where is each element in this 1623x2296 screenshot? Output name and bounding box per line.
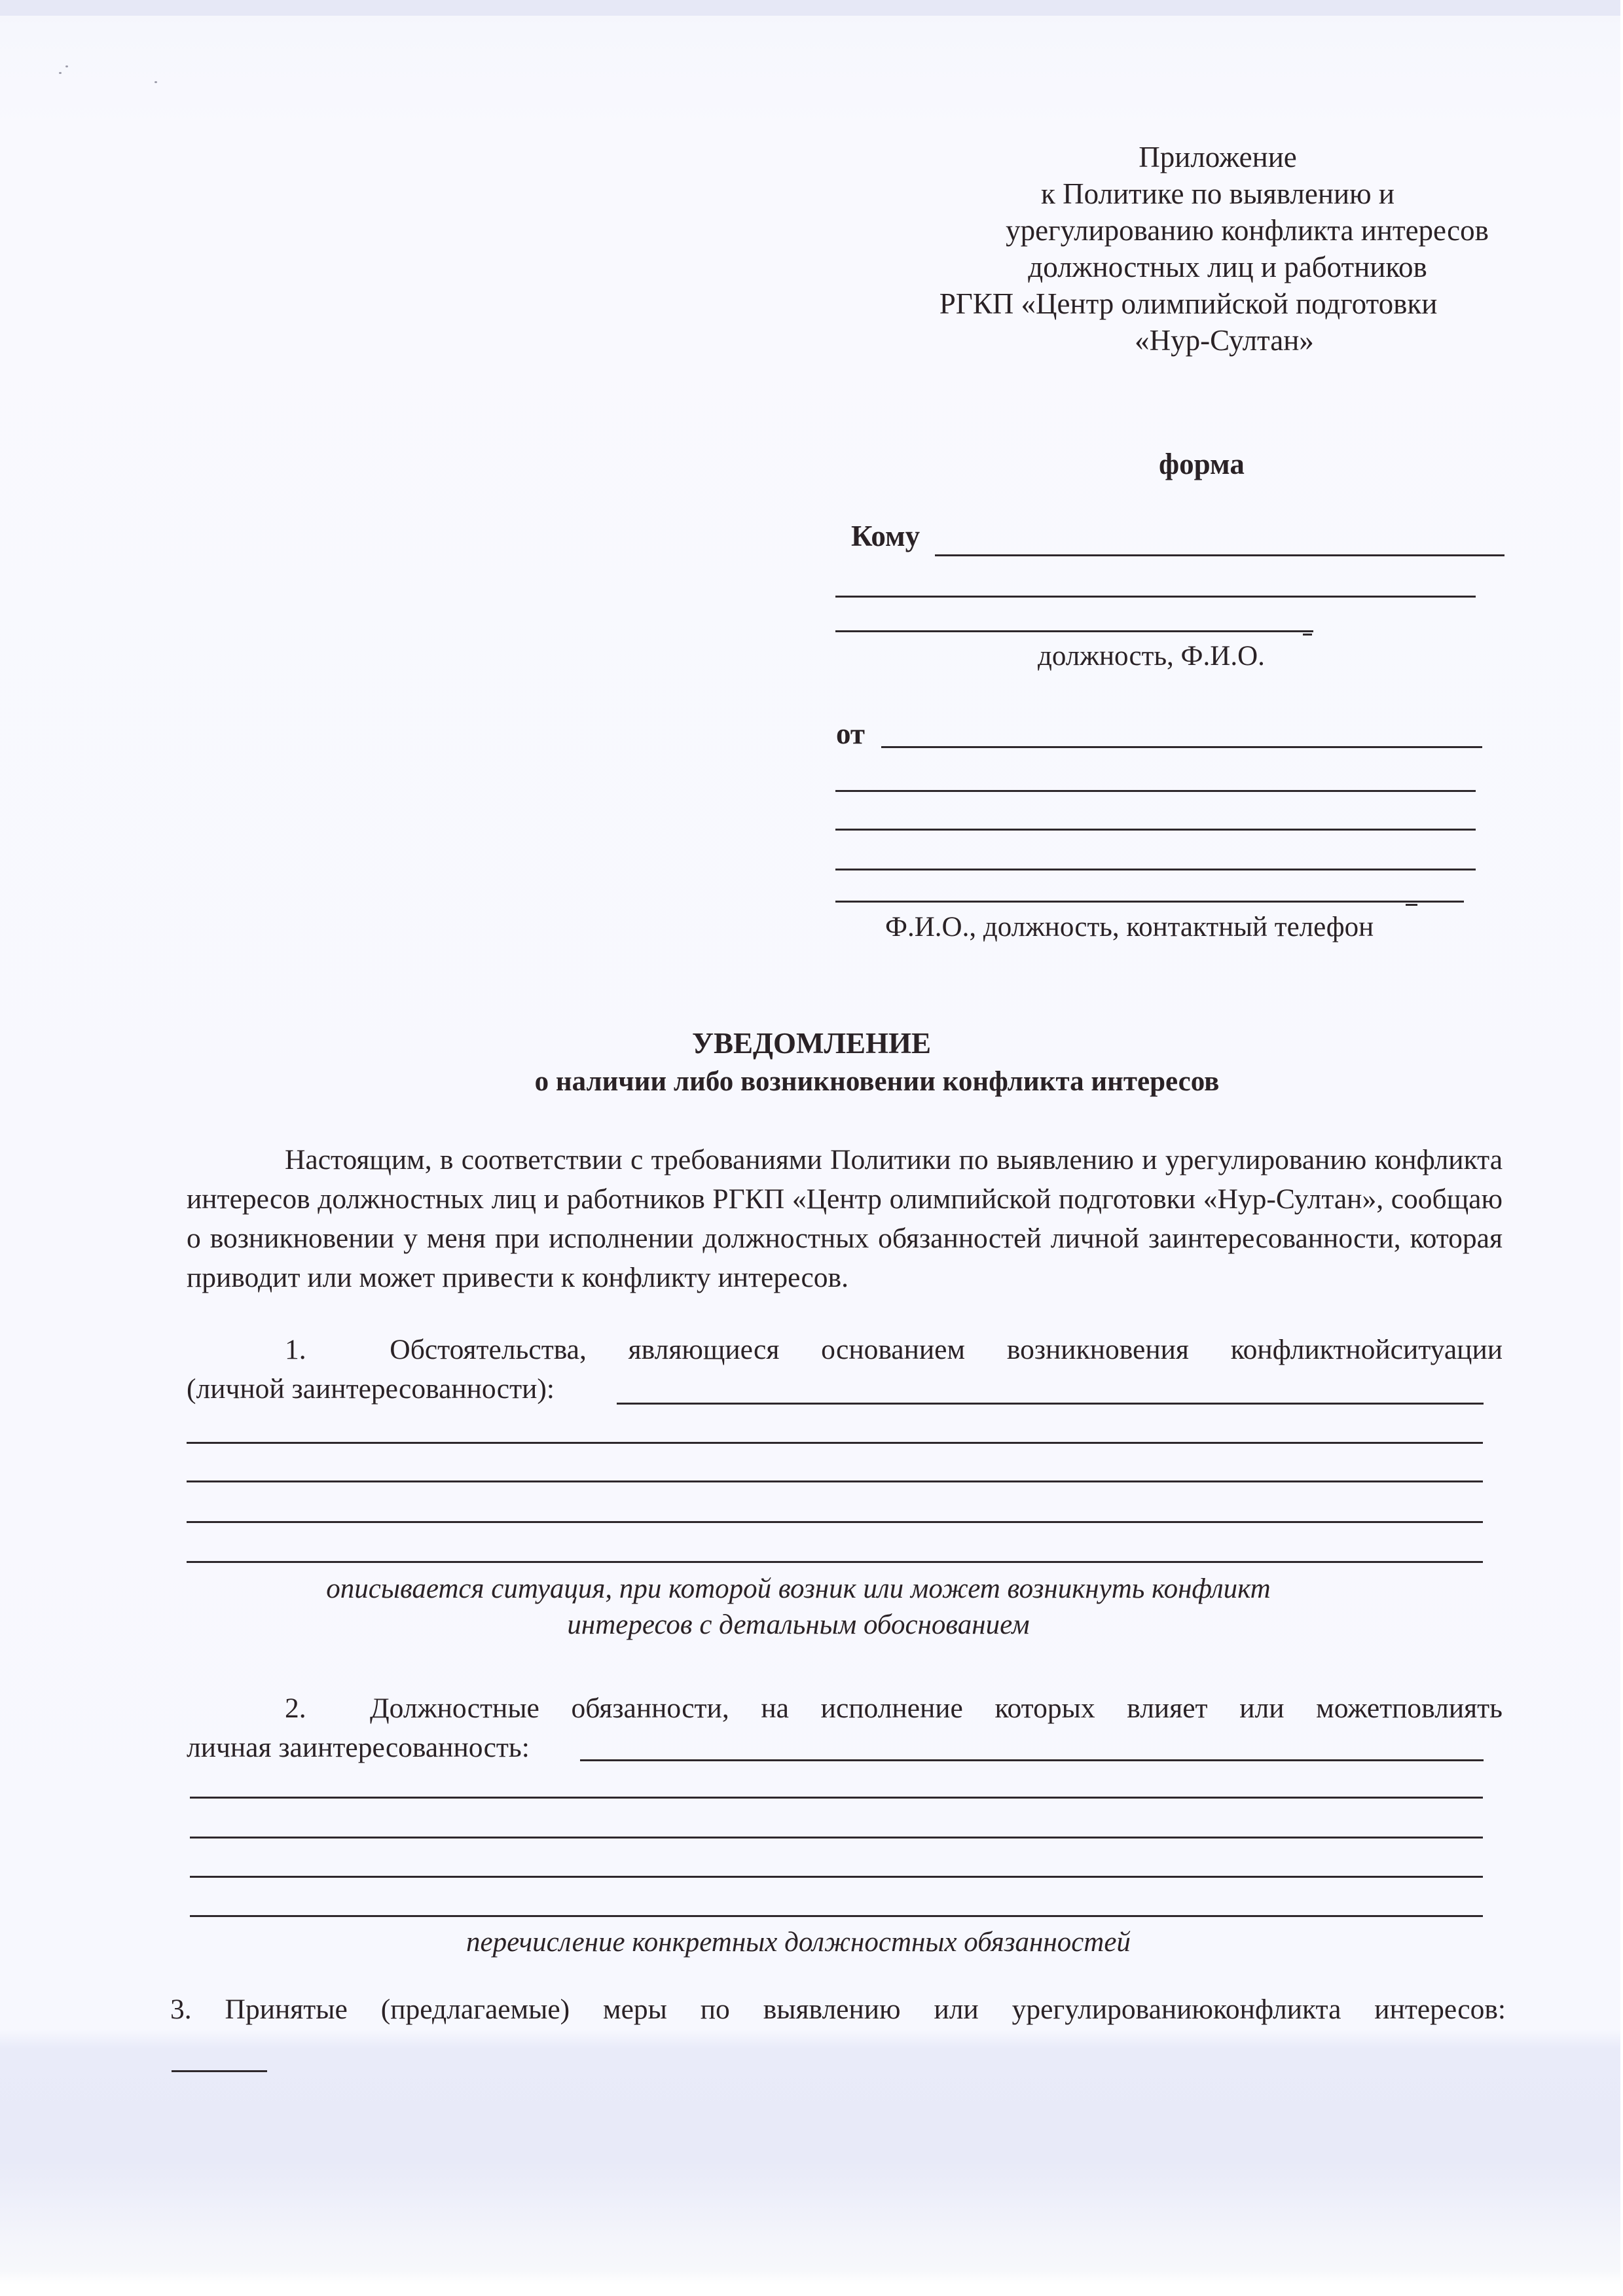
scan-specks	[59, 60, 164, 99]
sender-label: от	[836, 717, 865, 751]
item-2-line-d[interactable]	[190, 1876, 1483, 1878]
item-1-line-2: (личной заинтересованности):	[187, 1369, 555, 1408]
item-3-line: 3. Принятые (предлагаемые) меры по выявл…	[170, 1990, 1506, 2029]
sender-line-2[interactable]	[835, 790, 1476, 792]
recipient-line-1[interactable]	[935, 554, 1504, 556]
appendix-line: к Политике по выявлению и	[903, 175, 1532, 212]
recipient-line-3[interactable]	[835, 630, 1313, 632]
appendix-line: «Нур-Султан»	[903, 322, 1532, 359]
item-2-line-e[interactable]	[190, 1915, 1483, 1917]
sender-line-5-tail	[1406, 904, 1417, 906]
notice-subtitle: о наличии либо возникновении конфликта и…	[65, 1066, 1623, 1098]
appendix-line: урегулированию конфликта интересов	[903, 212, 1532, 249]
item-1-line-e[interactable]	[187, 1561, 1483, 1563]
item-3-text: Принятые (предлагаемые) меры по выявлени…	[225, 1994, 1506, 2025]
item-2-line-a[interactable]	[580, 1759, 1484, 1761]
item-1-line-a[interactable]	[617, 1403, 1484, 1405]
sender-line-1[interactable]	[881, 746, 1482, 748]
item-2-line-b[interactable]	[190, 1797, 1483, 1799]
notice-intro: Настоящим, в соответствии с требованиями…	[187, 1140, 1503, 1297]
item-1-text: Обстоятельства, являющиеся основанием во…	[390, 1334, 1503, 1365]
item-1-hint-line-2: интересов с детальным обоснованием	[0, 1607, 1610, 1643]
recipient-caption: должность, Ф.И.О.	[1038, 640, 1265, 672]
item-1-number: 1.	[285, 1334, 306, 1365]
recipient-line-2[interactable]	[835, 596, 1476, 598]
item-2-line-c[interactable]	[190, 1837, 1483, 1839]
form-label: форма	[1159, 447, 1245, 481]
item-3-number: 3.	[170, 1994, 192, 2025]
item-1-line-d[interactable]	[187, 1521, 1483, 1523]
item-1-line-c[interactable]	[187, 1480, 1483, 1482]
recipient-label: Кому	[851, 519, 920, 553]
appendix-line: РГКП «Центр олимпийской подготовки	[845, 285, 1532, 322]
item-1-line-1: 1. Обстоятельства, являющиеся основанием…	[187, 1330, 1503, 1369]
item-1-hint-line-1: описывается ситуация, при которой возник…	[0, 1571, 1610, 1607]
item-1-line-b[interactable]	[187, 1442, 1483, 1444]
sender-line-3[interactable]	[835, 829, 1476, 831]
item-2-text: Должностные обязанности, на исполнение к…	[370, 1693, 1503, 1724]
sender-line-4[interactable]	[835, 869, 1476, 870]
item-2-line-1: 2. Должностные обязанности, на исполнени…	[187, 1689, 1503, 1728]
scanned-page: Приложение к Политике по выявлению и уре…	[0, 0, 1623, 2296]
notice-title: УВЕДОМЛЕНИЕ	[0, 1026, 1623, 1060]
sender-caption: Ф.И.О., должность, контактный телефон	[885, 911, 1374, 943]
recipient-line-3-tail	[1303, 634, 1312, 636]
scan-top-edge	[0, 0, 1623, 16]
appendix-header: Приложение к Политике по выявлению и уре…	[903, 139, 1532, 359]
appendix-line: Приложение	[903, 139, 1532, 175]
item-3-field[interactable]	[172, 2070, 267, 2072]
sender-line-5[interactable]	[835, 901, 1464, 903]
appendix-line: должностных лиц и работников	[903, 249, 1532, 285]
item-2-line-2: личная заинтересованность:	[187, 1728, 530, 1767]
item-2-hint: перечисление конкретных должностных обяз…	[0, 1924, 1610, 1961]
scan-right-edge	[1620, 0, 1623, 2296]
item-2-number: 2.	[285, 1693, 306, 1724]
